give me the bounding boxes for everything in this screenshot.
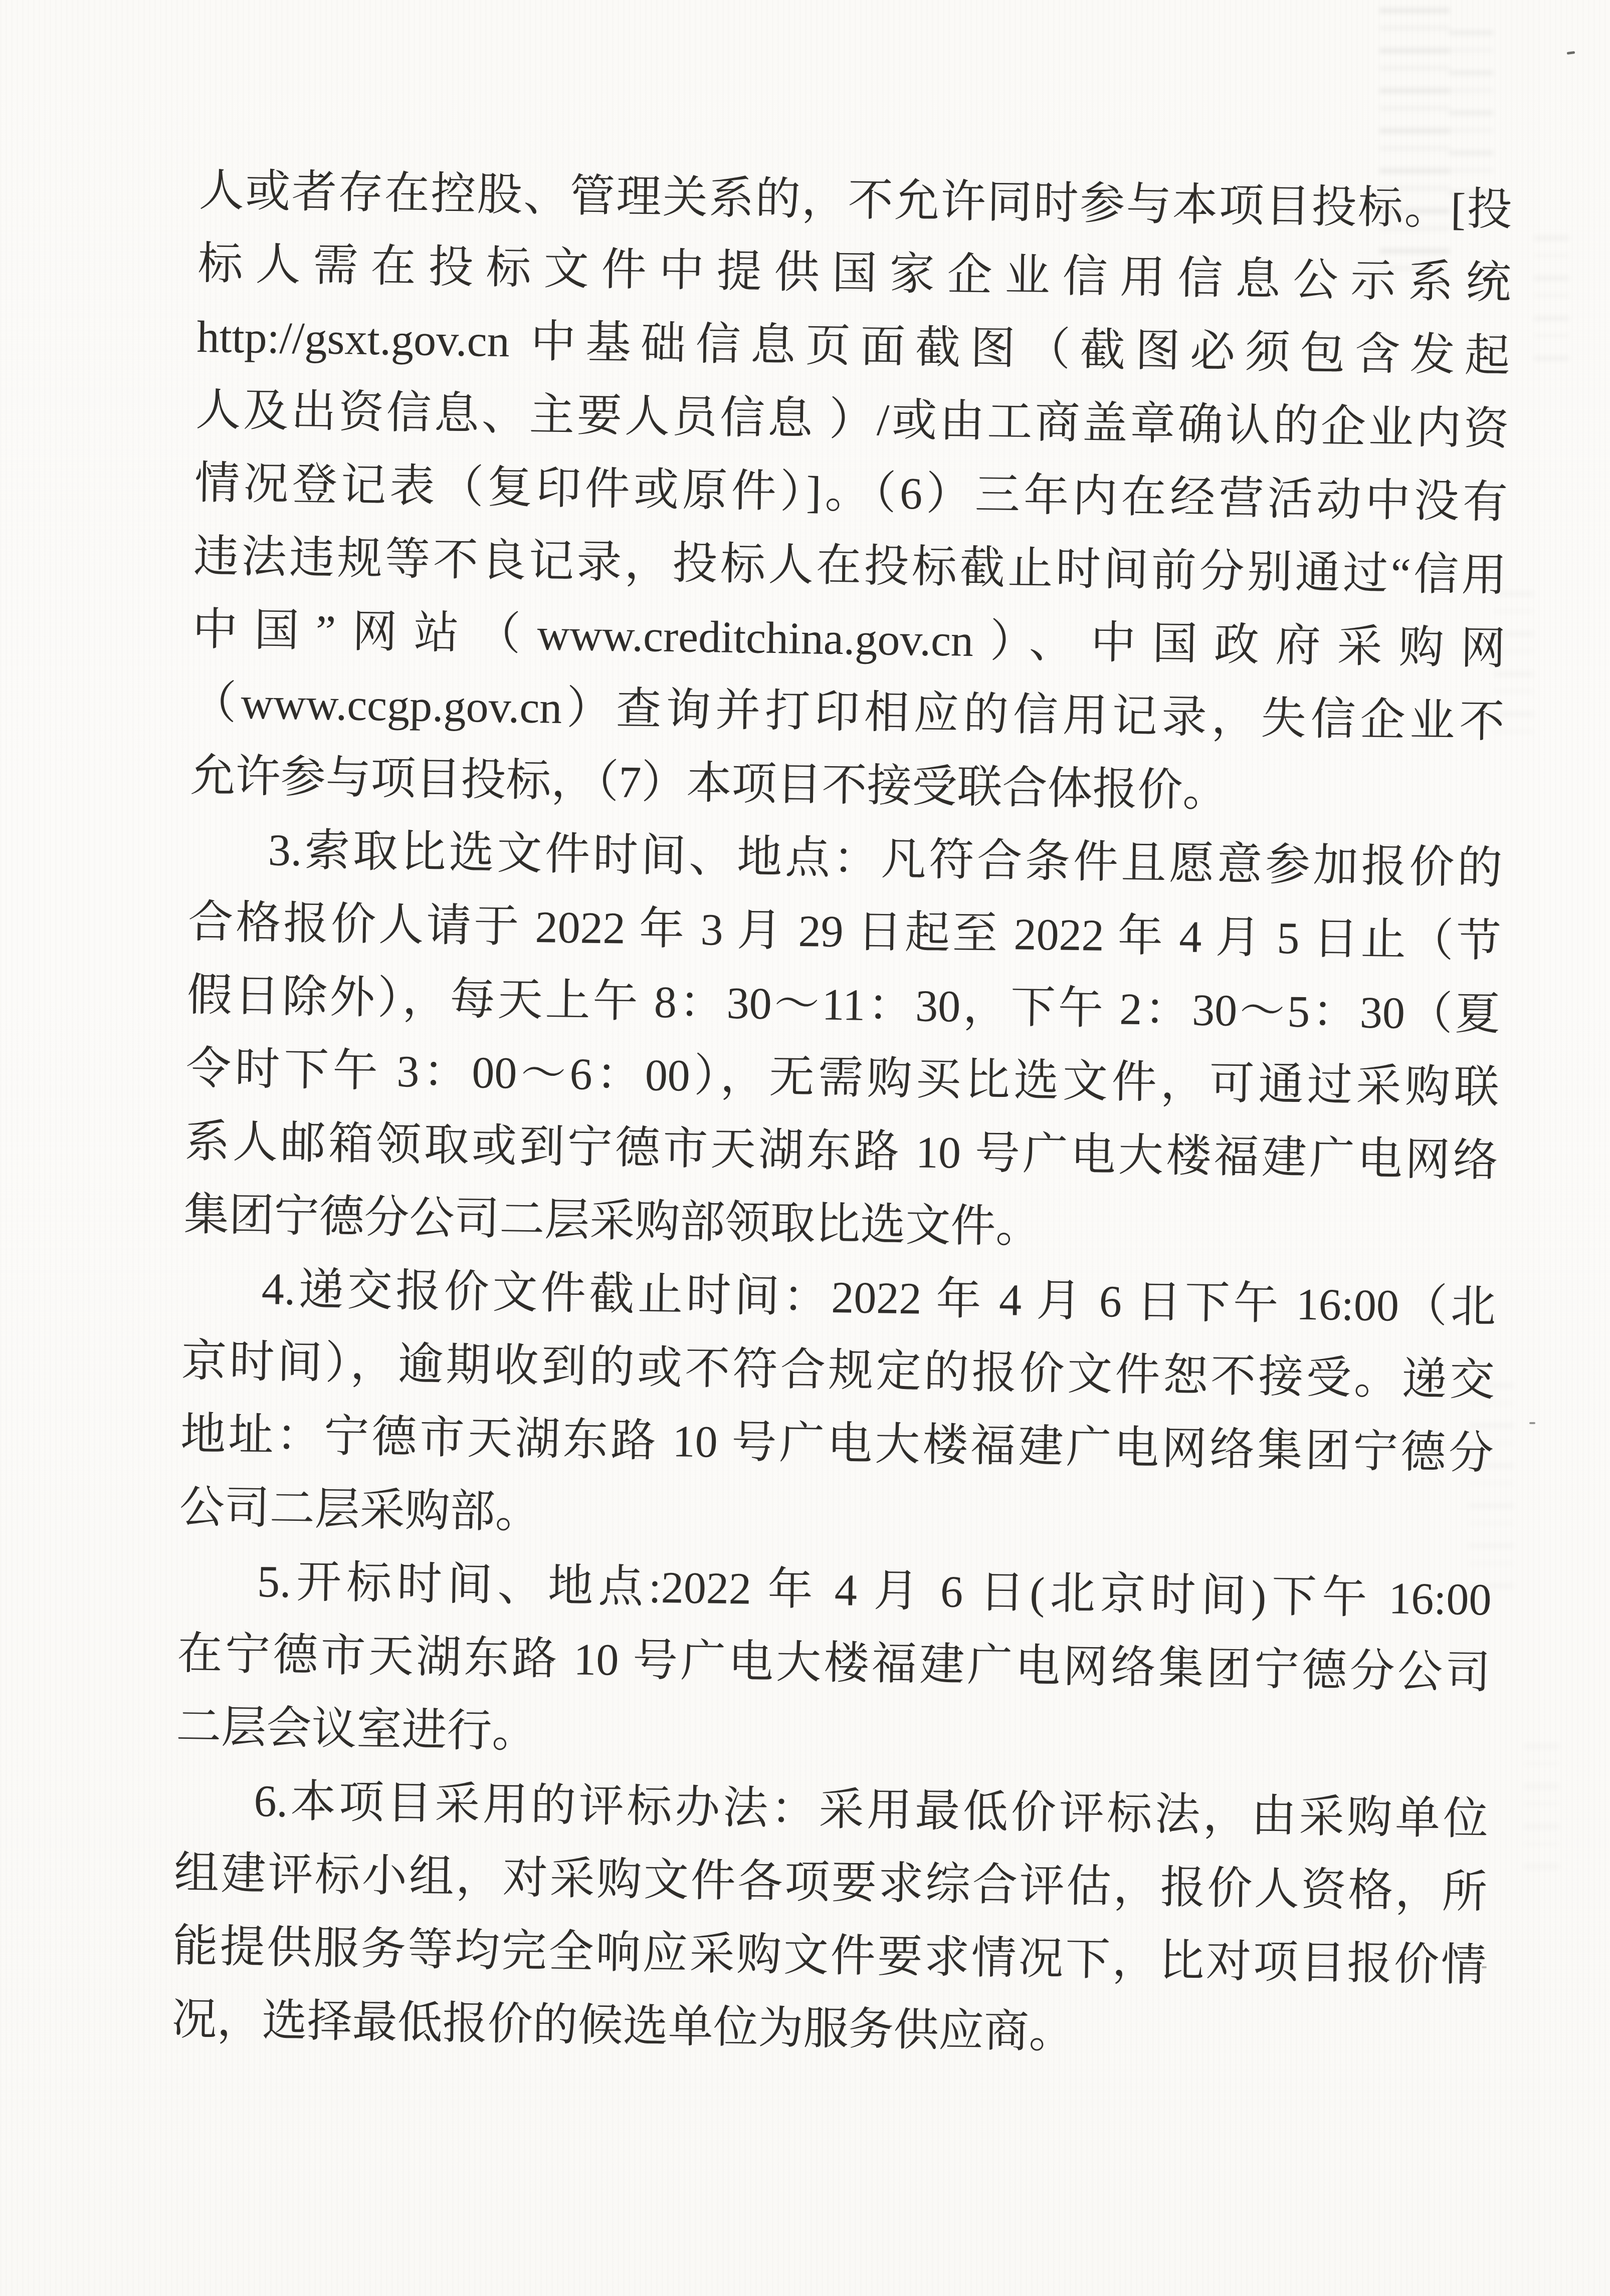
scan-page: 人或者存在控股、管理关系的，不允许同时参与本项目投标。[投 标人需在投标文件中提… (0, 0, 1610, 2296)
scan-speck (1567, 51, 1575, 55)
bleed-through-mark (1534, 236, 1569, 366)
bleed-through-mark (1524, 1744, 1559, 1874)
bleed-through-mark (1494, 591, 1534, 742)
scan-speck (1529, 1422, 1535, 1424)
scan-speck (1482, 1966, 1487, 1968)
document-text: 人或者存在控股、管理关系的，不允许同时参与本项目投标。[投 标人需在投标文件中提… (171, 154, 1513, 2076)
bleed-through-mark (1469, 1383, 1514, 1593)
bleed-through-mark (1449, 30, 1494, 195)
bleed-through-mark (1379, 8, 1450, 279)
